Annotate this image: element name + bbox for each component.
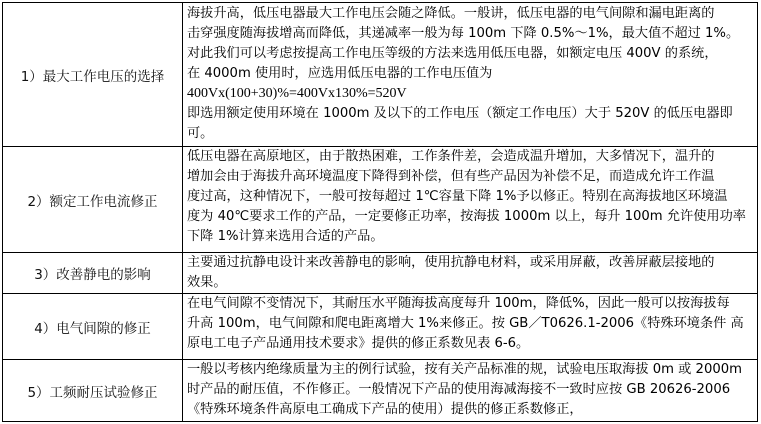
content-line: 在电气间隙不变情况下，其耐压水平随海拔高度每升 100m，降低%，因此一般可以按… <box>187 294 753 314</box>
row-label-rated-current-correction: 2）额定工作电流修正 <box>3 147 183 253</box>
content-line: 《特殊环境条件高原电工确成下产品的使用）提供的修正系数修正， <box>187 400 753 420</box>
content-line: 低压电器在高原地区，由于散热困难，工作条件差，会造成温升增加，大多情况下，温升的 <box>187 147 753 167</box>
row-content-clearance-correction: 在电气间隙不变情况下，其耐压水平随海拔高度每升 100m，降低%，因此一般可以按… <box>183 294 758 360</box>
table-row: 2）额定工作电流修正 低压电器在高原地区，由于散热困难，工作条件差，会造成温升增… <box>3 147 758 253</box>
content-line: 击穿强度随海拔增高而降低，其递减率一般为每 100m 下降 0.5%～1%，最大… <box>187 24 753 44</box>
content-line: 下降 1%计算来选用合适的产品。 <box>187 227 753 247</box>
content-line: 效果。 <box>187 273 753 293</box>
content-line: 可。 <box>187 124 753 144</box>
row-label-max-working-voltage: 1）最大工作电压的选择 <box>3 3 183 147</box>
formula-line: 400Vx(100+30)%=400Vx130%=520V <box>187 84 753 104</box>
table-row: 1）最大工作电压的选择 海拔升高，低压电器最大工作电压会随之降低。一般讲，低压电… <box>3 3 758 147</box>
content-line: 在 4000m 使用时，应选用低压电器的工作电压值为 <box>187 64 753 84</box>
table-row: 5）工频耐压试验修正 一般以考核内绝缘质量为主的例行试验，按有关产品标准的规，试… <box>3 360 758 422</box>
table-row: 3）改善静电的影响 主要通过抗静电设计来改善静电的影响，使用抗静电材料，或采用屏… <box>3 253 758 294</box>
content-line: 度过高，这种情况下，一般可按每超过 1℃容量下降 1%予以修正。特别在高海拔地区… <box>187 187 753 207</box>
row-label-static-electricity: 3）改善静电的影响 <box>3 253 183 294</box>
altitude-correction-table: 1）最大工作电压的选择 海拔升高，低压电器最大工作电压会随之降低。一般讲，低压电… <box>2 2 758 422</box>
row-content-max-working-voltage: 海拔升高，低压电器最大工作电压会随之降低。一般讲，低压电器的电气间隙和漏电距离的… <box>183 3 758 147</box>
content-line: 一般以考核内绝缘质量为主的例行试验，按有关产品标准的规，试验电压取海拔 0m 或… <box>187 360 753 380</box>
content-line: 原电工电子产品通用技术要求》提供的修正系数见表 6-6。 <box>187 334 753 354</box>
table-row: 4）电气间隙的修正 在电气间隙不变情况下，其耐压水平随海拔高度每升 100m，降… <box>3 294 758 360</box>
content-line: 海拔升高，低压电器最大工作电压会随之降低。一般讲，低压电器的电气间隙和漏电距离的 <box>187 4 753 24</box>
row-label-power-frequency-test-correction: 5）工频耐压试验修正 <box>3 360 183 422</box>
content-line: 增加会由于海拔升高环境温度下降得到补偿，但有些产品因为补偿不足，而造成允许工作温 <box>187 167 753 187</box>
content-line: 对此我们可以考虑按提高工作电压等级的方法来选用低压电器，如额定电压 400V 的… <box>187 44 753 64</box>
content-line: 度为 40℃要求工作的产品，一定要修正功率，按海拔 1000m 以上，每升 10… <box>187 207 753 227</box>
row-label-clearance-correction: 4）电气间隙的修正 <box>3 294 183 360</box>
content-line: 升高 100m，电气间隙和爬电距离增大 1%来修正。按 GB／T0626.1-2… <box>187 314 753 334</box>
content-line: 时产品的耐压值，不作修正。一般情况下产品的使用海减海接不一致时应按 GB 206… <box>187 380 753 400</box>
content-line: 即选用额定使用环境在 1000m 及以下的工作电压（额定工作电压）大于 520V… <box>187 104 753 124</box>
row-content-power-frequency-test-correction: 一般以考核内绝缘质量为主的例行试验，按有关产品标准的规，试验电压取海拔 0m 或… <box>183 360 758 422</box>
row-content-rated-current-correction: 低压电器在高原地区，由于散热困难，工作条件差，会造成温升增加，大多情况下，温升的… <box>183 147 758 253</box>
row-content-static-electricity: 主要通过抗静电设计来改善静电的影响，使用抗静电材料，或采用屏蔽，改善屏蔽层接地的… <box>183 253 758 294</box>
content-line: 主要通过抗静电设计来改善静电的影响，使用抗静电材料，或采用屏蔽，改善屏蔽层接地的 <box>187 253 753 273</box>
